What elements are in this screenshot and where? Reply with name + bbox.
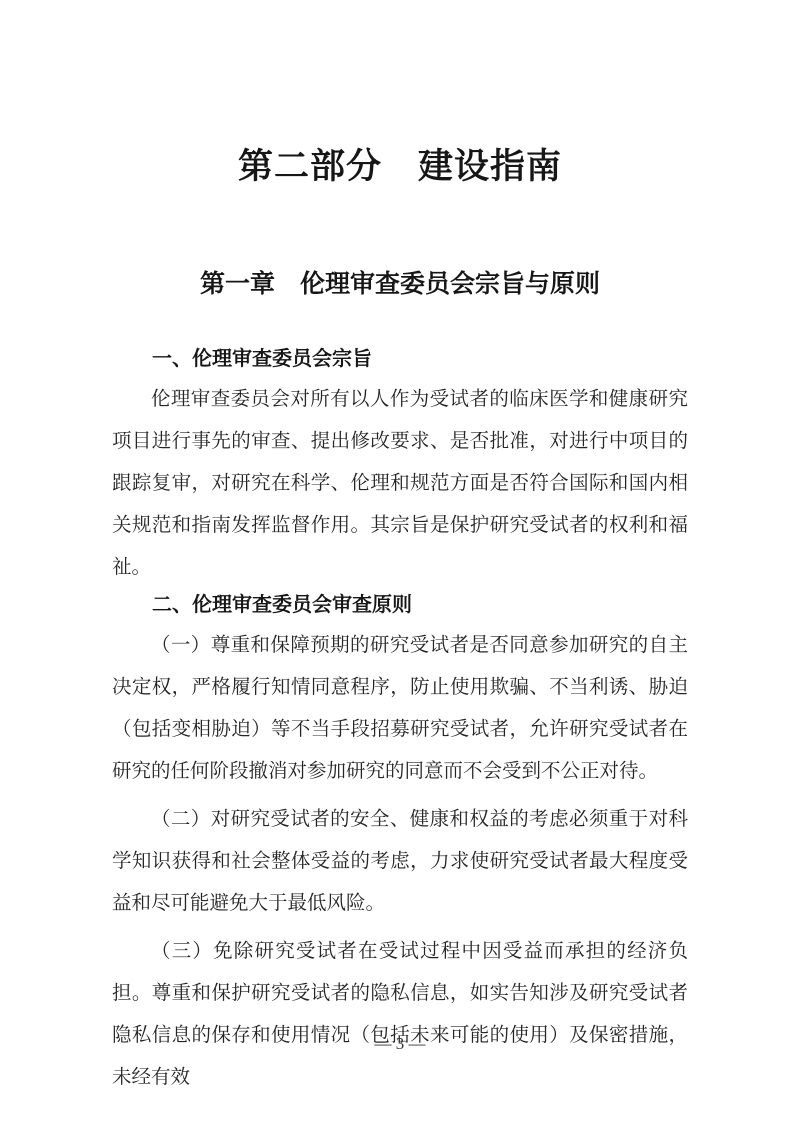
page-content: 第二部分 建设指南 第一章 伦理审查委员会宗旨与原则 一、伦理审查委员会宗旨 伦…	[0, 0, 800, 1099]
document-page: 第二部分 建设指南 第一章 伦理审查委员会宗旨与原则 一、伦理审查委员会宗旨 伦…	[0, 0, 800, 1131]
page-number: — 3 —	[375, 1034, 426, 1053]
section-heading-purpose: 一、伦理审查委员会宗旨	[112, 345, 688, 373]
section-principles: 二、伦理审查委员会审查原则 （一）尊重和保障预期的研究受试者是否同意参加研究的自…	[112, 591, 688, 1099]
document-title: 第二部分 建设指南	[112, 143, 688, 191]
paragraph: （三）免除研究受试者在受试过程中因受益而承担的经济负担。尊重和保护研究受试者的隐…	[112, 931, 688, 1099]
section-purpose: 一、伦理审查委员会宗旨 伦理审查委员会对所有以人作为受试者的临床医学和健康研究项…	[112, 345, 688, 589]
paragraph: 伦理审查委员会对所有以人作为受试者的临床医学和健康研究项目进行事先的审查、提出修…	[112, 379, 688, 589]
page-footer: — 3 —	[0, 1034, 800, 1054]
paragraph: （二）对研究受试者的安全、健康和权益的考虑必须重于对科学知识获得和社会整体受益的…	[112, 799, 688, 925]
section-heading-principles: 二、伦理审查委员会审查原则	[112, 591, 688, 619]
chapter-heading: 第一章 伦理审查委员会宗旨与原则	[112, 267, 688, 301]
paragraph: （一）尊重和保障预期的研究受试者是否同意参加研究的自主决定权，严格履行知情同意程…	[112, 625, 688, 793]
